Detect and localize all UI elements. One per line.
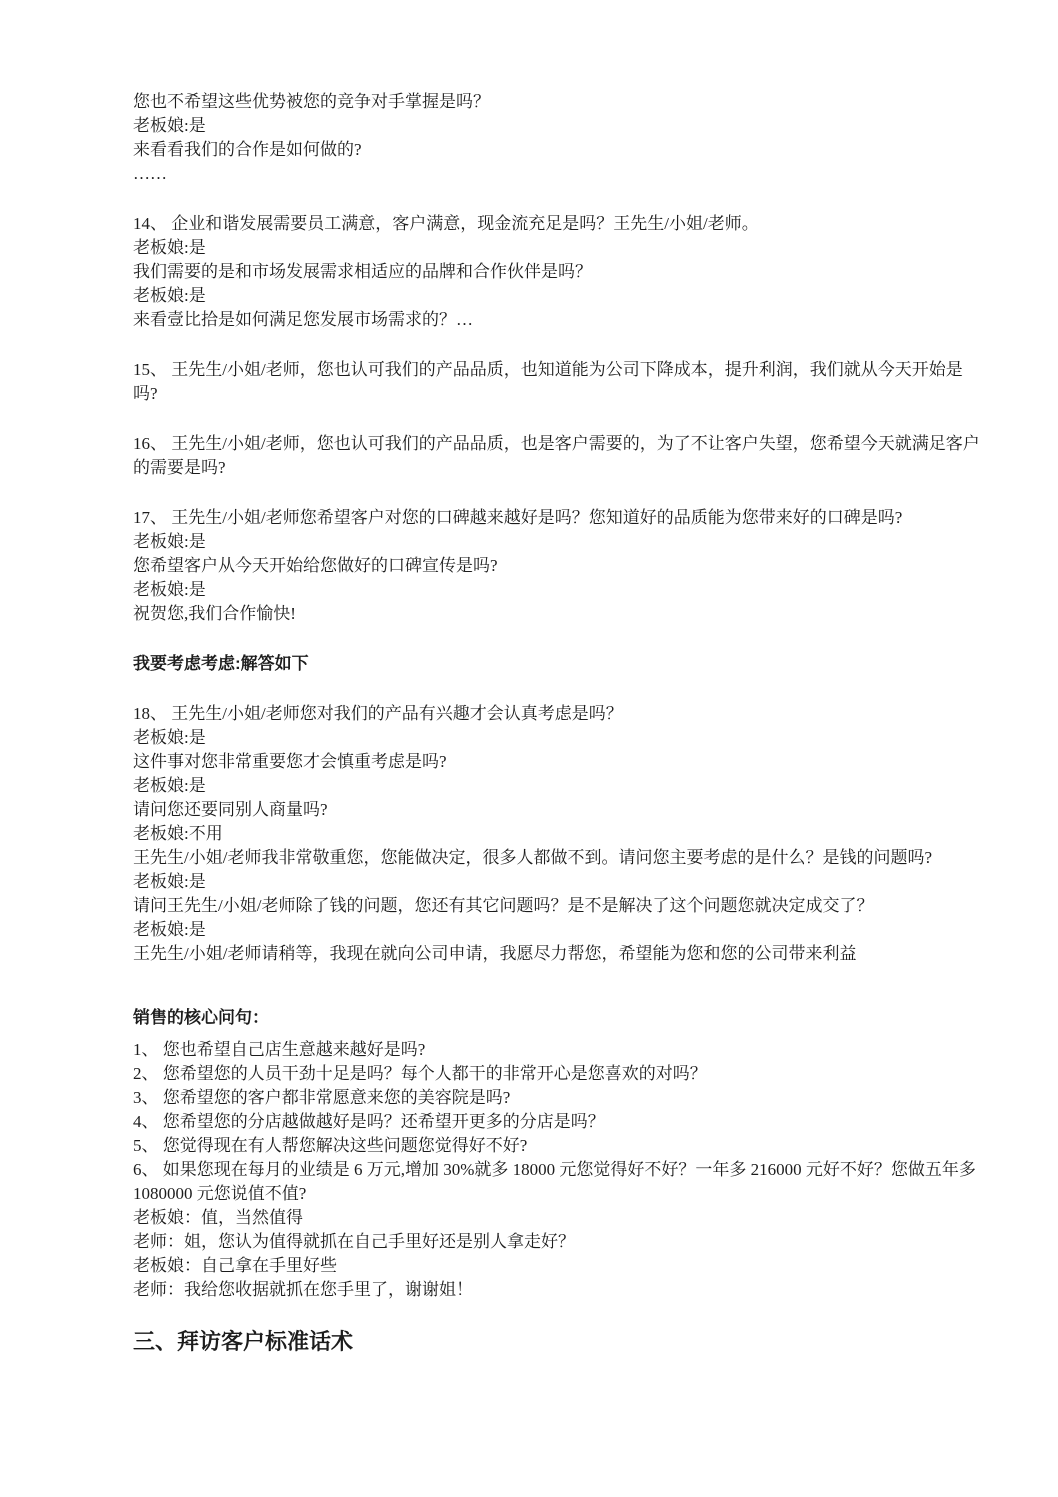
- text-line: 3、 您希望您的客户都非常愿意来您的美容院是吗?: [133, 1086, 982, 1110]
- text-line: 老板娘:是: [133, 530, 982, 554]
- text-line: 5、 您觉得现在有人帮您解决这些问题您觉得好不好?: [133, 1134, 982, 1158]
- text-line: 17、 王先生/小姐/老师您希望客户对您的口碑越来越好是吗？您知道好的品质能为您…: [133, 506, 982, 530]
- text-line: ……: [133, 162, 982, 186]
- text-line: 老板娘:不用: [133, 822, 982, 846]
- paragraph-block: 16、 王先生/小姐/老师，您也认可我们的产品品质，也是客户需要的，为了不让客户…: [133, 432, 982, 480]
- text-line: 老板娘:是: [133, 578, 982, 602]
- text-line: 老板娘:是: [133, 726, 982, 750]
- document-body: 您也不希望这些优势被您的竞争对手掌握是吗？老板娘:是来看看我们的合作是如何做的?…: [133, 90, 982, 1356]
- document-page: 您也不希望这些优势被您的竞争对手掌握是吗？老板娘:是来看看我们的合作是如何做的?…: [0, 0, 1058, 1497]
- text-line: 请问王先生/小姐/老师除了钱的问题，您还有其它问题吗？是不是解决了这个问题您就决…: [133, 894, 982, 918]
- text-line: 18、 王先生/小姐/老师您对我们的产品有兴趣才会认真考虑是吗？: [133, 702, 982, 726]
- text-line: 14、 企业和谐发展需要员工满意，客户满意，现金流充足是吗？王先生/小姐/老师。: [133, 212, 982, 236]
- text-line: 祝贺您,我们合作愉快!: [133, 602, 982, 626]
- text-line: 16、 王先生/小姐/老师，您也认可我们的产品品质，也是客户需要的，为了不让客户…: [133, 432, 982, 480]
- text-line: 2、 您希望您的人员干劲十足是吗？每个人都干的非常开心是您喜欢的对吗？: [133, 1062, 982, 1086]
- text-line: 王先生/小姐/老师我非常敬重您，您能做决定，很多人都做不到。请问您主要考虑的是什…: [133, 846, 982, 870]
- text-line: 老板娘:是: [133, 236, 982, 260]
- text-line: 老板娘：值，当然值得: [133, 1206, 982, 1230]
- text-line: 老师：我给您收据就抓在您手里了，谢谢姐！: [133, 1278, 982, 1302]
- text-line: 这件事对您非常重要您才会慎重考虑是吗?: [133, 750, 982, 774]
- text-line: 老板娘:是: [133, 870, 982, 894]
- text-line: 老板娘:是: [133, 918, 982, 942]
- text-line: 王先生/小姐/老师请稍等，我现在就向公司申请，我愿尽力帮您，希望能为您和您的公司…: [133, 942, 982, 966]
- text-line: 您也不希望这些优势被您的竞争对手掌握是吗？: [133, 90, 982, 114]
- text-line: 1、 您也希望自己店生意越来越好是吗?: [133, 1038, 982, 1062]
- text-line: 6、 如果您现在每月的业绩是 6 万元,增加 30%就多 18000 元您觉得好…: [133, 1158, 982, 1206]
- text-line: 老板娘：自己拿在手里好些: [133, 1254, 982, 1278]
- text-line: 来看看我们的合作是如何做的?: [133, 138, 982, 162]
- section-heading: 销售的核心问句：: [133, 1006, 982, 1030]
- paragraph-block: 14、 企业和谐发展需要员工满意，客户满意，现金流充足是吗？王先生/小姐/老师。…: [133, 212, 982, 332]
- paragraph-block: 18、 王先生/小姐/老师您对我们的产品有兴趣才会认真考虑是吗？老板娘:是这件事…: [133, 702, 982, 966]
- paragraph-block: 15、 王先生/小姐/老师，您也认可我们的产品品质，也知道能为公司下降成本，提升…: [133, 358, 982, 406]
- text-line: 请问您还要同别人商量吗?: [133, 798, 982, 822]
- section-heading-large: 三、拜访客户标准话术: [133, 1328, 982, 1356]
- text-line: 4、 您希望您的分店越做越好是吗？还希望开更多的分店是吗？: [133, 1110, 982, 1134]
- text-line: 老师：姐，您认为值得就抓在自己手里好还是别人拿走好？: [133, 1230, 982, 1254]
- text-line: 老板娘:是: [133, 774, 982, 798]
- text-line: 来看壹比拾是如何满足您发展市场需求的？…: [133, 308, 982, 332]
- text-line: 我们需要的是和市场发展需求相适应的品牌和合作伙伴是吗？: [133, 260, 982, 284]
- text-line: 15、 王先生/小姐/老师，您也认可我们的产品品质，也知道能为公司下降成本，提升…: [133, 358, 982, 406]
- text-line: 老板娘:是: [133, 284, 982, 308]
- text-line: 您希望客户从今天开始给您做好的口碑宣传是吗?: [133, 554, 982, 578]
- paragraph-block: 1、 您也希望自己店生意越来越好是吗?2、 您希望您的人员干劲十足是吗？每个人都…: [133, 1038, 982, 1302]
- section-heading: 我要考虑考虑:解答如下: [133, 652, 982, 676]
- paragraph-block: 您也不希望这些优势被您的竞争对手掌握是吗？老板娘:是来看看我们的合作是如何做的?…: [133, 90, 982, 186]
- text-line: 老板娘:是: [133, 114, 982, 138]
- paragraph-block: 17、 王先生/小姐/老师您希望客户对您的口碑越来越好是吗？您知道好的品质能为您…: [133, 506, 982, 626]
